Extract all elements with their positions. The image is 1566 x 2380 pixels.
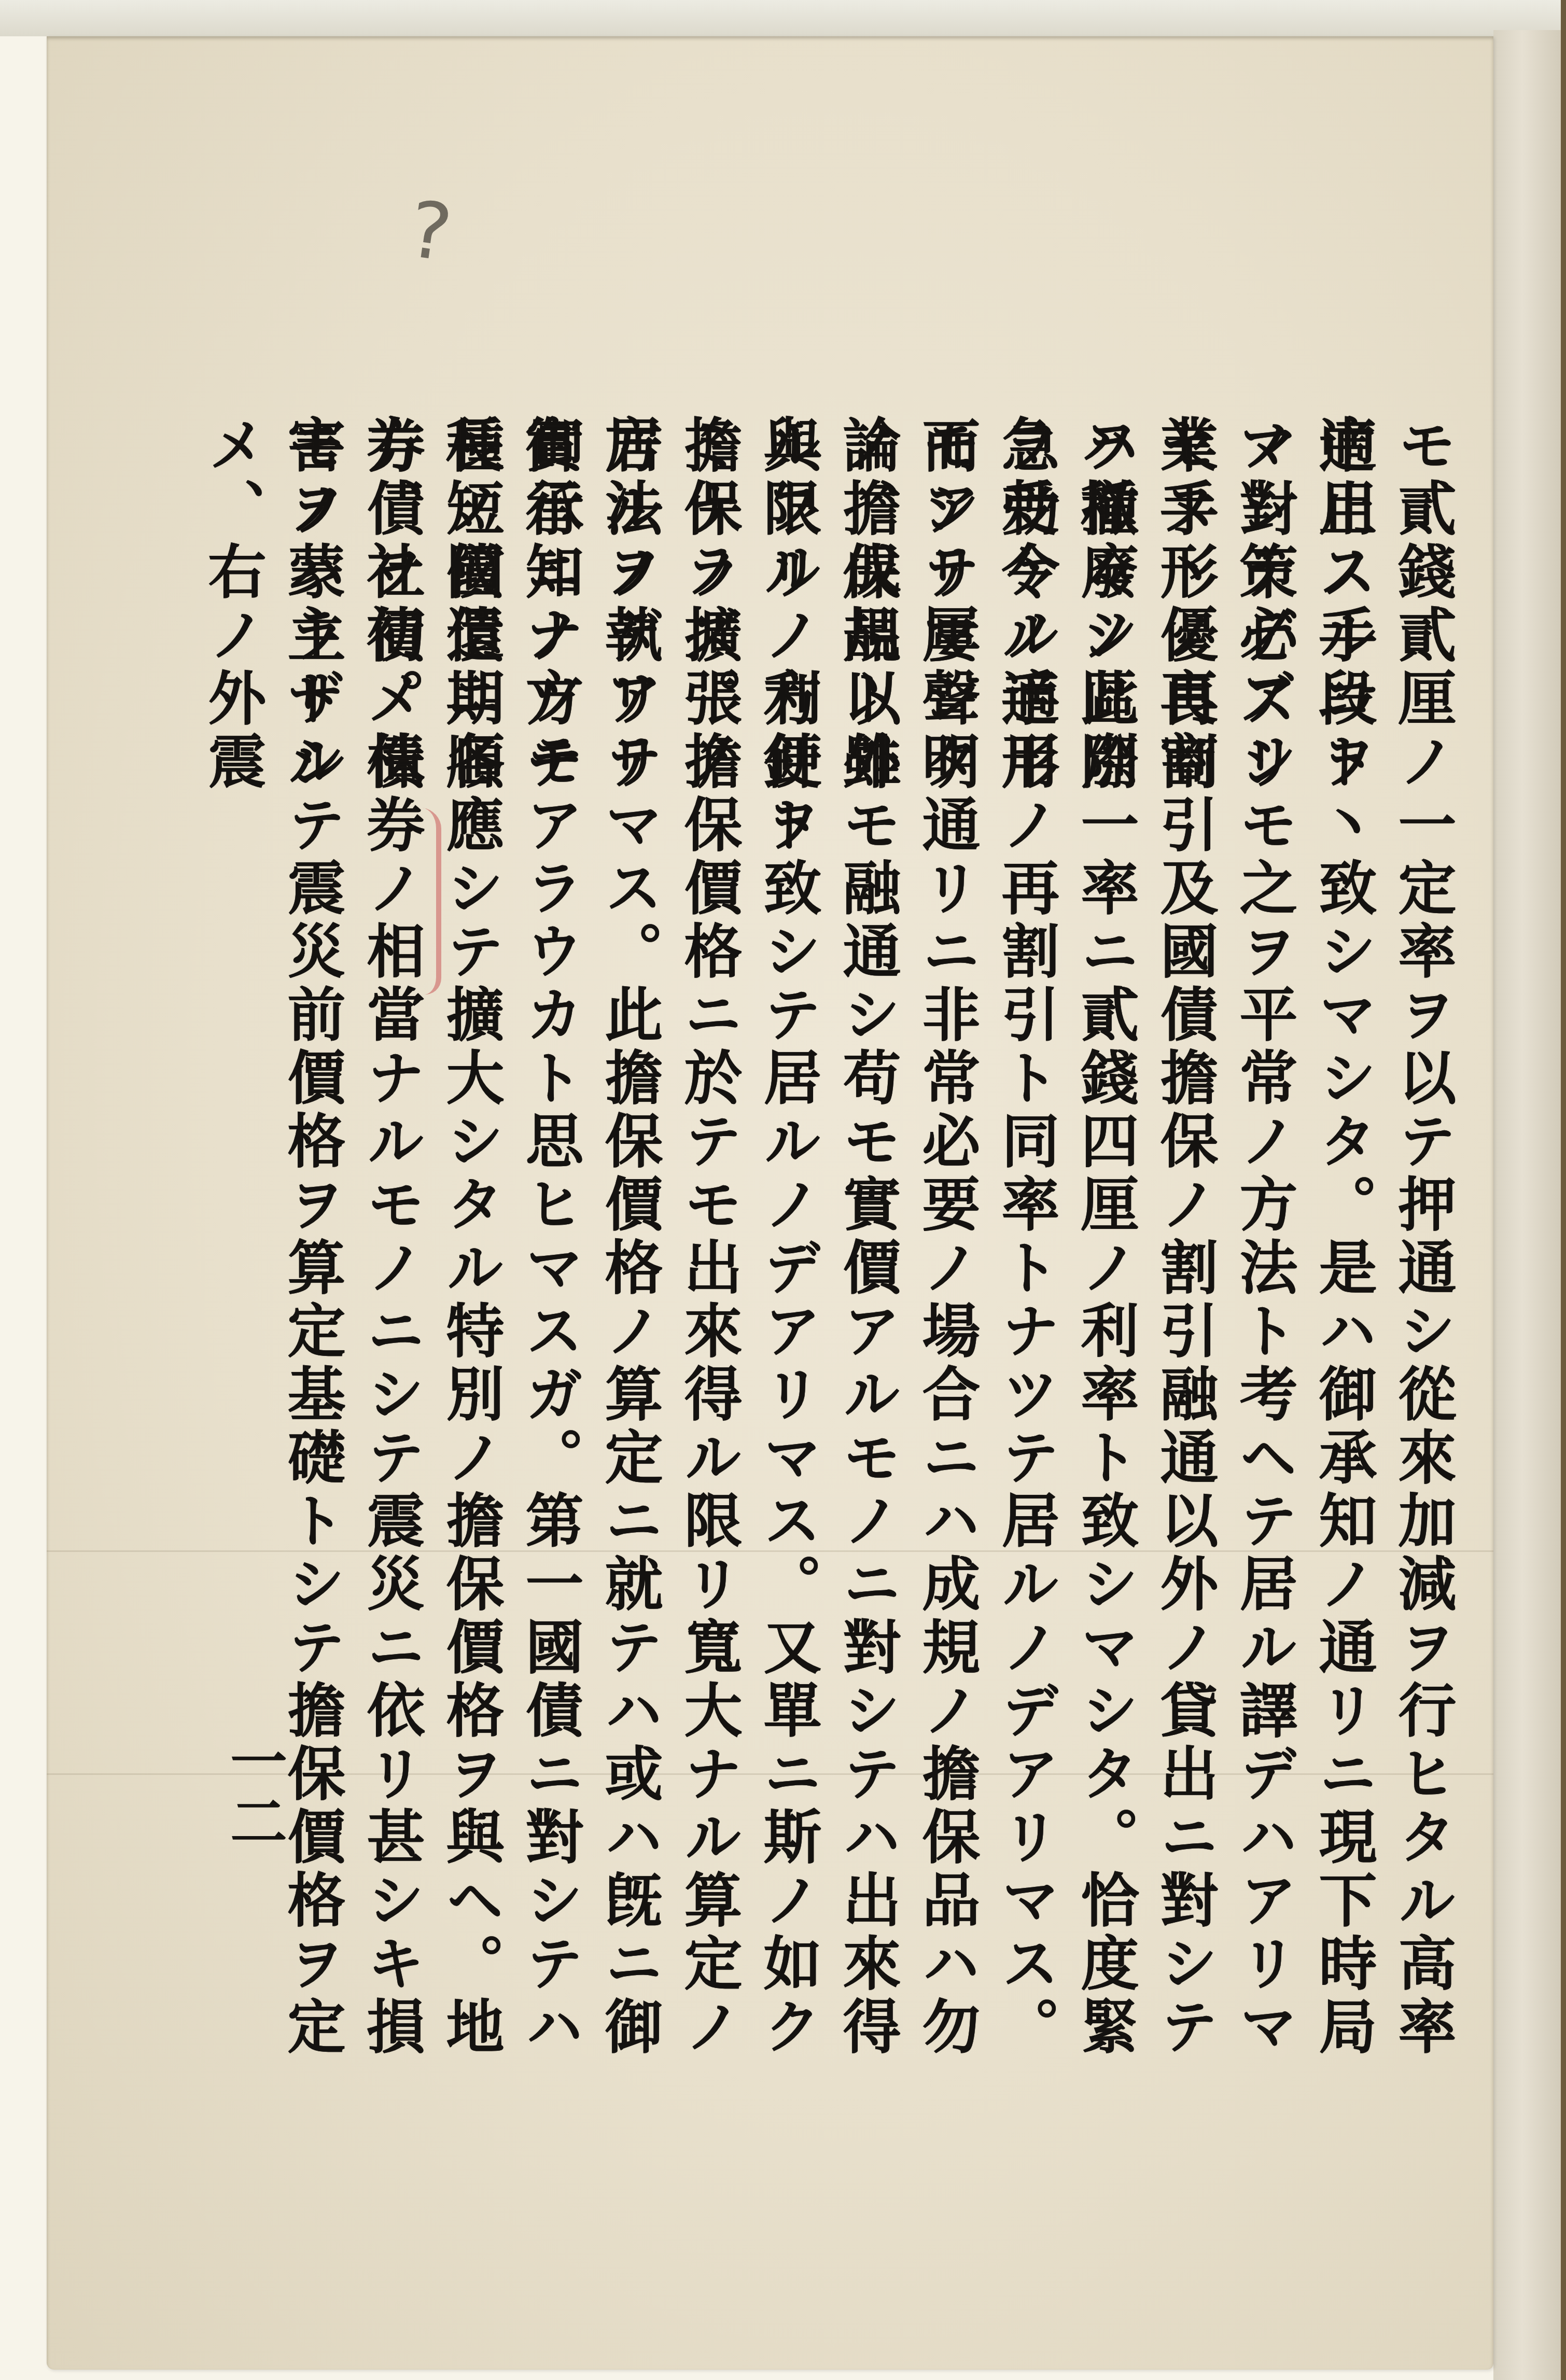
vertical-text-block: モ貳錢貳厘ノ一定率ヲ以テ押通シ從來加減ヲ行ヒタル高率適用ノ手段ヲ 中止スルコト丶… [290, 415, 1462, 2084]
page-number: 一二 [218, 1732, 290, 1852]
text-column-1: モ貳錢貳厘ノ一定率ヲ以テ押通シ從來加減ヲ行ヒタル高率適用ノ手段ヲ [1383, 415, 1462, 2084]
binding-edge [1561, 0, 1566, 2380]
adjacent-page-edge [1493, 30, 1566, 2380]
scanner-backdrop-top [0, 0, 1566, 36]
